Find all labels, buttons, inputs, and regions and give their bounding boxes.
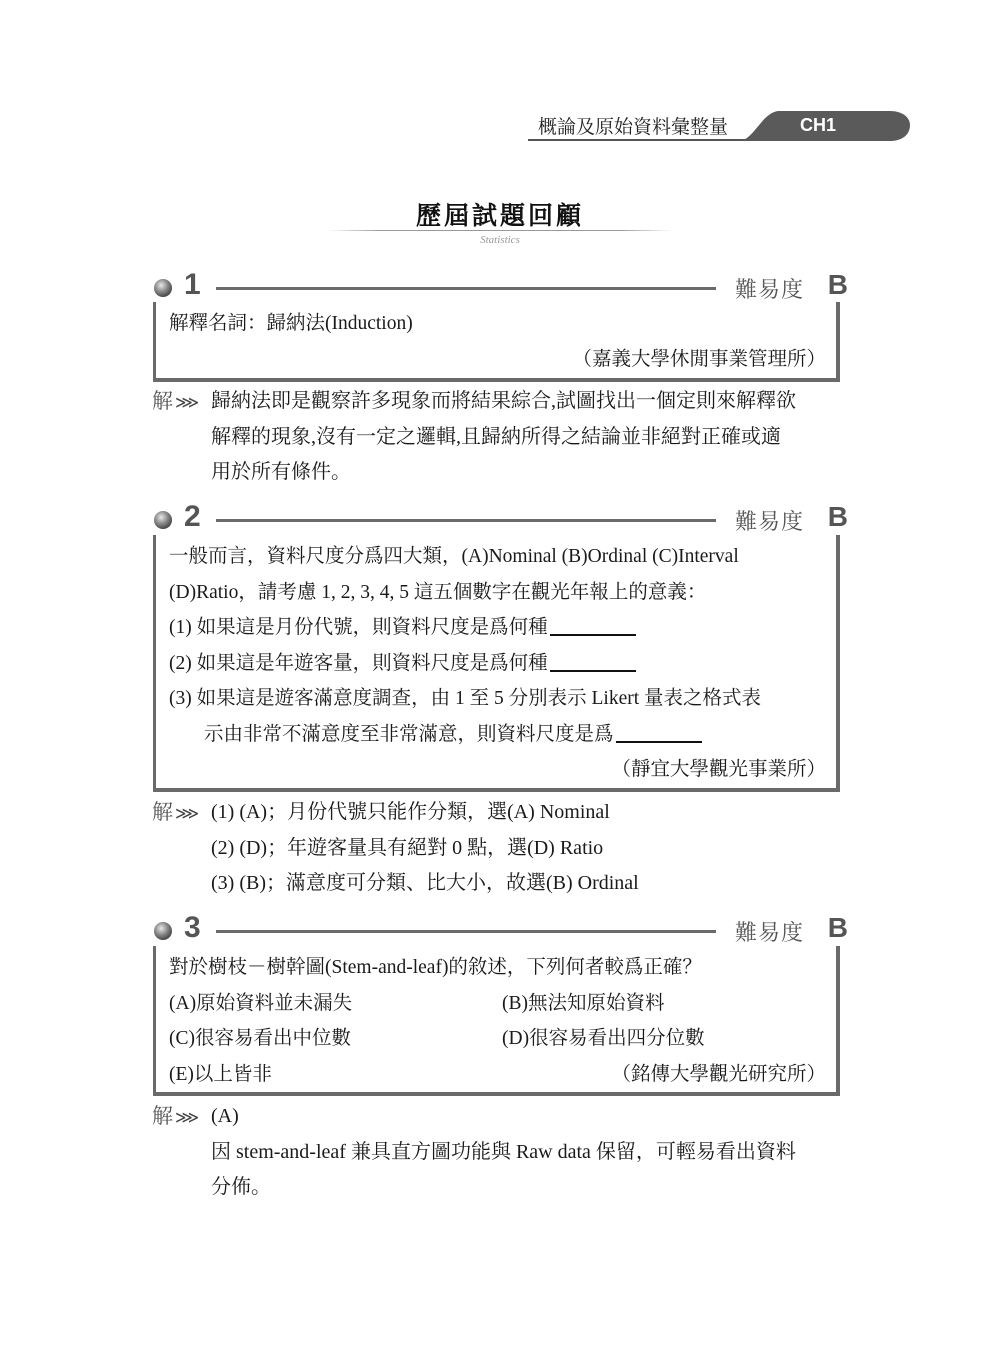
answer-line: (2) (D)；年遊客量具有絕對 0 點，選(D) Ratio bbox=[211, 831, 852, 867]
answer-label: 解 bbox=[152, 389, 173, 413]
question-source: （銘傳大學觀光研究所） bbox=[502, 1057, 826, 1093]
question-source: （靜宜大學觀光事業所） bbox=[169, 752, 826, 788]
header-line bbox=[216, 519, 716, 522]
difficulty-level: B bbox=[828, 501, 848, 533]
answer-label: 解 bbox=[152, 800, 173, 824]
answer-blank bbox=[550, 650, 636, 672]
question-header-3: 3 難易度 B bbox=[152, 913, 848, 945]
question-number: 3 bbox=[184, 911, 201, 945]
answer-line: 用於所有條件。 bbox=[211, 455, 852, 491]
options-row: (C)很容易看出中位數 (D)很容易看出四分位數 bbox=[169, 1021, 826, 1057]
option-d: (D)很容易看出四分位數 bbox=[502, 1021, 826, 1057]
answer-blank bbox=[550, 614, 636, 636]
question-text: 對於樹枝－樹幹圖(Stem-and-leaf)的敘述，下列何者較爲正確？ bbox=[169, 950, 826, 986]
answer-marker: 解⋙ bbox=[152, 795, 199, 833]
question-number: 1 bbox=[184, 268, 201, 302]
difficulty-level: B bbox=[828, 912, 848, 944]
answer-line: 解釋的現象,沒有一定之邏輯,且歸納所得之結論並非絕對正確或適 bbox=[211, 420, 852, 456]
running-header: 概論及原始資料彙整量 CH1 5 bbox=[528, 108, 908, 142]
answer-3: 解⋙ (A) 因 stem-and-leaf 兼具直方圖功能與 Raw data… bbox=[152, 1099, 852, 1206]
answer-1: 解⋙ 歸納法即是觀察許多現象而將結果綜合,試圖找出一個定則來解釋欲 解釋的現象,… bbox=[152, 384, 852, 491]
answer-marker: 解⋙ bbox=[152, 384, 199, 422]
answer-blank bbox=[616, 721, 702, 743]
question-source: （嘉義大學休閒事業管理所） bbox=[169, 342, 826, 378]
difficulty-label: 難易度 bbox=[735, 505, 804, 536]
header-line bbox=[216, 930, 716, 933]
answer-line: 歸納法即是觀察許多現象而將結果綜合,試圖找出一個定則來解釋欲 bbox=[211, 384, 852, 420]
bullet-icon bbox=[154, 511, 172, 529]
option-c: (C)很容易看出中位數 bbox=[169, 1021, 502, 1057]
question-text: (D)Ratio，請考慮 1, 2, 3, 4, 5 這五個數字在觀光年報上的意… bbox=[169, 575, 826, 611]
sub-item-3: (3) 如果這是遊客滿意度調查，由 1 至 5 分別表示 Likert 量表之格… bbox=[169, 681, 826, 717]
section-rule bbox=[328, 230, 672, 231]
answer-label: 解 bbox=[152, 1104, 173, 1128]
answer-line: (1) (A)；月份代號只能作分類，選(A) Nominal bbox=[211, 795, 852, 831]
chapter-title: 概論及原始資料彙整量 bbox=[538, 112, 728, 139]
question-box-3: 對於樹枝－樹幹圖(Stem-and-leaf)的敘述，下列何者較爲正確？ (A)… bbox=[153, 946, 840, 1096]
answer-marker: 解⋙ bbox=[152, 1099, 199, 1137]
triple-chevron-icon: ⋙ bbox=[175, 1108, 199, 1128]
section-subtitle: Statistics bbox=[0, 234, 1000, 246]
options-row: (E)以上皆非 （銘傳大學觀光研究所） bbox=[169, 1057, 826, 1093]
answer-line: 分佈。 bbox=[211, 1170, 852, 1206]
option-b: (B)無法知原始資料 bbox=[502, 986, 826, 1022]
difficulty-label: 難易度 bbox=[735, 273, 804, 304]
question-number: 2 bbox=[184, 500, 201, 534]
answer-line: (A) bbox=[211, 1099, 852, 1135]
question-box-1: 解釋名詞：歸納法(Induction) （嘉義大學休閒事業管理所） bbox=[153, 302, 840, 382]
bullet-icon bbox=[154, 922, 172, 940]
question-header-2: 2 難易度 B bbox=[152, 502, 848, 534]
question-box-2: 一般而言，資料尺度分爲四大類，(A)Nominal (B)Ordinal (C)… bbox=[153, 535, 840, 792]
difficulty-label: 難易度 bbox=[735, 916, 804, 947]
sub-item-2: (2) 如果這是年遊客量，則資料尺度是爲何種 bbox=[169, 646, 826, 682]
option-a: (A)原始資料並未漏失 bbox=[169, 986, 502, 1022]
answer-line: (3) (B)；滿意度可分類、比大小，故選(B) Ordinal bbox=[211, 866, 852, 902]
question-text: 解釋名詞：歸納法(Induction) bbox=[169, 306, 826, 342]
question-text: 一般而言，資料尺度分爲四大類，(A)Nominal (B)Ordinal (C)… bbox=[169, 539, 826, 575]
sub-item-1: (1) 如果這是月份代號，則資料尺度是爲何種 bbox=[169, 610, 826, 646]
chapter-label: CH1 bbox=[800, 115, 836, 136]
difficulty-level: B bbox=[828, 269, 848, 301]
answer-line: 因 stem-and-leaf 兼具直方圖功能與 Raw data 保留，可輕易… bbox=[211, 1135, 852, 1171]
chapter-tab: CH1 5 bbox=[740, 109, 900, 141]
bullet-icon bbox=[154, 279, 172, 297]
triple-chevron-icon: ⋙ bbox=[175, 804, 199, 824]
triple-chevron-icon: ⋙ bbox=[175, 393, 199, 413]
sub-item-3-cont: 示由非常不滿意度至非常滿意，則資料尺度是爲 bbox=[169, 717, 826, 753]
header-line bbox=[216, 287, 716, 290]
options-row: (A)原始資料並未漏失 (B)無法知原始資料 bbox=[169, 986, 826, 1022]
answer-2: 解⋙ (1) (A)；月份代號只能作分類，選(A) Nominal (2) (D… bbox=[152, 795, 852, 902]
header-rule bbox=[528, 139, 758, 141]
question-header-1: 1 難易度 B bbox=[152, 270, 848, 302]
option-e: (E)以上皆非 bbox=[169, 1057, 502, 1093]
section-title: 歷屆試題回顧 bbox=[0, 196, 1000, 232]
